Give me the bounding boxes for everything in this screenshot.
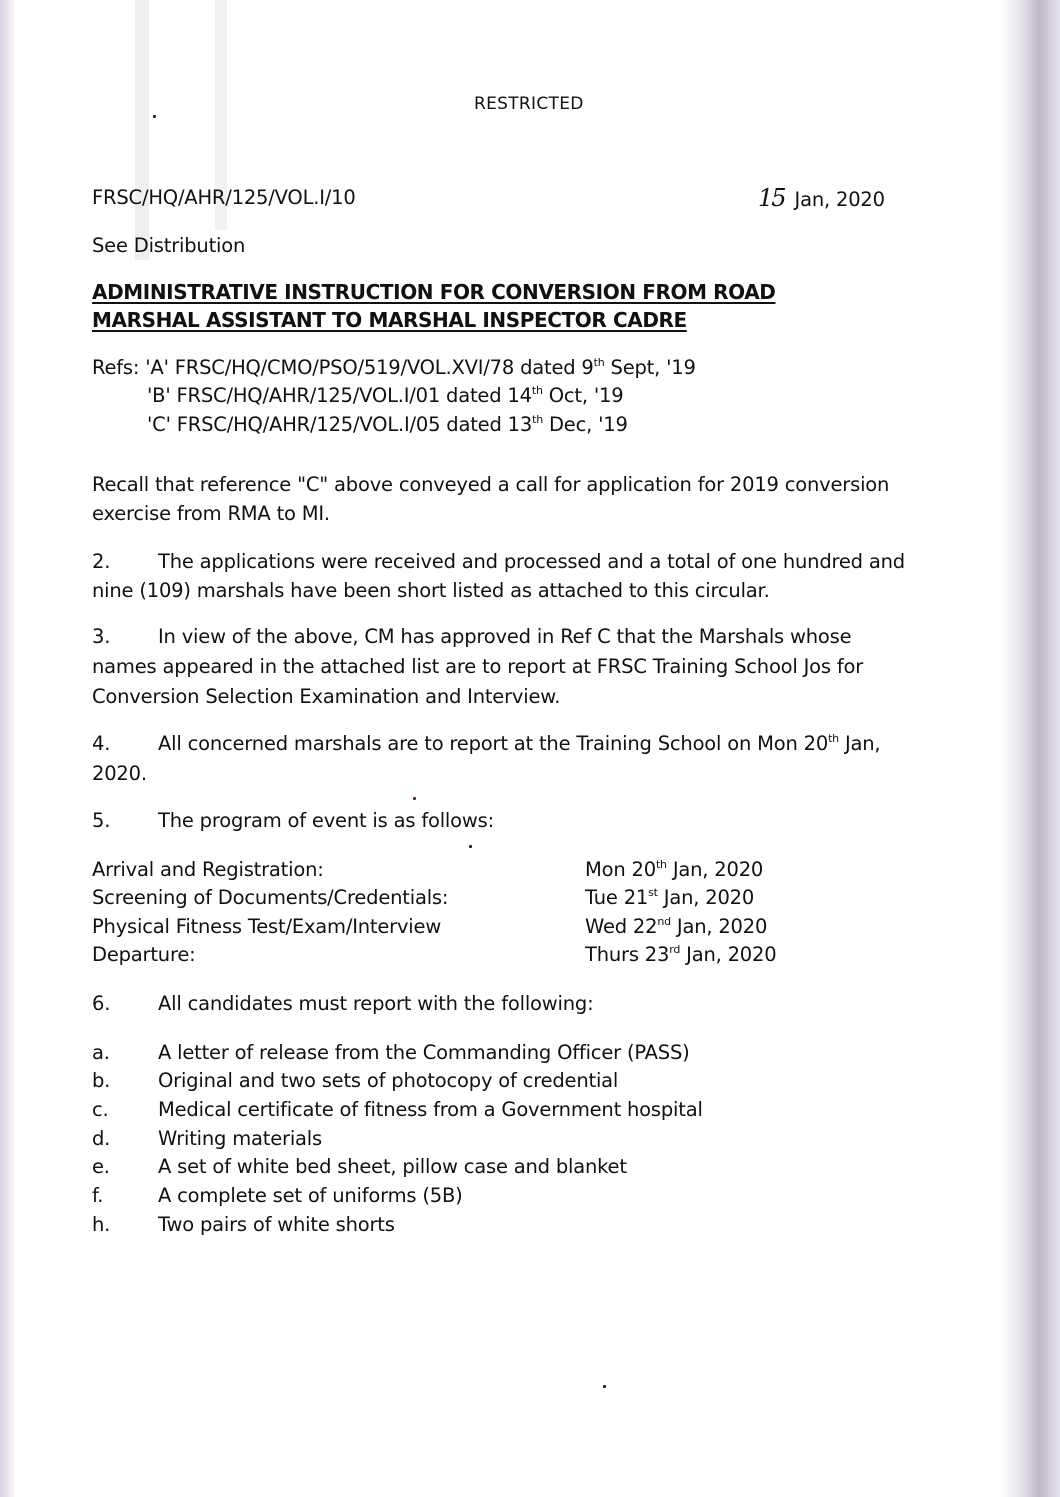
paragraph-text: In view of the above, CM has approved in…	[158, 625, 851, 648]
intro-paragraph-line-1: Recall that reference "C" above conveyed…	[92, 475, 889, 495]
program-month-year: Jan, 2020	[658, 886, 754, 909]
program-day: Mon 20	[585, 858, 656, 881]
item-letter: e.	[92, 1157, 158, 1177]
program-date: Thurs 23rd Jan, 2020	[585, 945, 776, 965]
paragraph-text: All candidates must report with the foll…	[158, 992, 593, 1015]
paragraph-text: The program of event is as follows:	[158, 809, 494, 832]
program-date: Wed 22nd Jan, 2020	[585, 917, 767, 937]
item-text: A complete set of uniforms (5B)	[158, 1184, 463, 1207]
requirement-item: h.Two pairs of white shorts	[92, 1215, 395, 1235]
reference-c: 'C' FRSC/HQ/AHR/125/VOL.I/05 dated 13th …	[147, 415, 628, 435]
ordinal-suffix: rd	[669, 943, 680, 956]
requirement-item: e.A set of white bed sheet, pillow case …	[92, 1157, 627, 1177]
ordinal-suffix: nd	[657, 915, 671, 928]
reference-date: Sept, '19	[605, 356, 696, 379]
item-text: A letter of release from the Commanding …	[158, 1041, 690, 1064]
ordinal-suffix: th	[594, 356, 605, 369]
reference-text: FRSC/HQ/AHR/125/VOL.I/05 dated 13	[177, 413, 532, 436]
item-letter: h.	[92, 1215, 158, 1235]
reference-a: Refs: 'A' FRSC/HQ/CMO/PSO/519/VOL.XVI/78…	[92, 358, 696, 378]
paragraph-3-line-1: 3.In view of the above, CM has approved …	[92, 627, 851, 647]
item-letter: f.	[92, 1186, 158, 1206]
reference-label: 'B'	[147, 384, 171, 407]
ordinal-suffix: th	[532, 413, 543, 426]
paragraph-text: The applications were received and proce…	[158, 550, 905, 573]
item-text: A set of white bed sheet, pillow case an…	[158, 1155, 627, 1178]
handwritten-day: 15	[758, 184, 785, 212]
paragraph-4-line-2: 2020.	[92, 764, 147, 784]
item-text: Writing materials	[158, 1127, 322, 1150]
reference-number: FRSC/HQ/AHR/125/VOL.I/10	[92, 188, 356, 208]
document-title-line-2: MARSHAL ASSISTANT TO MARSHAL INSPECTOR C…	[92, 310, 687, 330]
reference-label: 'C'	[147, 413, 171, 436]
program-day: Thurs 23	[585, 943, 669, 966]
reference-label: 'A'	[145, 356, 168, 379]
program-event: Departure:	[92, 945, 196, 965]
item-letter: c.	[92, 1100, 158, 1120]
ordinal-suffix: th	[656, 858, 667, 871]
item-letter: b.	[92, 1071, 158, 1091]
classification-label: RESTRICTED	[474, 96, 584, 113]
item-text: Medical certificate of fitness from a Go…	[158, 1098, 703, 1121]
ordinal-suffix: th	[828, 732, 839, 745]
program-month-year: Jan, 2020	[680, 943, 776, 966]
distribution-line: See Distribution	[92, 236, 245, 256]
paragraph-2-line-1: 2.The applications were received and pro…	[92, 552, 905, 572]
paragraph-3-line-3: Conversion Selection Examination and Int…	[92, 687, 560, 707]
requirement-item: a.A letter of release from the Commandin…	[92, 1043, 690, 1063]
item-letter: d.	[92, 1129, 158, 1149]
ordinal-suffix: st	[648, 886, 658, 899]
reference-b: 'B' FRSC/HQ/AHR/125/VOL.I/01 dated 14th …	[147, 386, 623, 406]
paragraph-6: 6.All candidates must report with the fo…	[92, 994, 593, 1014]
ordinal-suffix: th	[532, 384, 543, 397]
date-month-year: Jan, 2020	[795, 188, 885, 211]
reference-date: Dec, '19	[543, 413, 628, 436]
item-text: Original and two sets of photocopy of cr…	[158, 1069, 618, 1092]
paragraph-4-line-1: 4.All concerned marshals are to report a…	[92, 734, 880, 754]
intro-paragraph-line-2: exercise from RMA to MI.	[92, 504, 330, 524]
document-title-line-1: ADMINISTRATIVE INSTRUCTION FOR CONVERSIO…	[92, 282, 776, 302]
program-date: Tue 21st Jan, 2020	[585, 888, 754, 908]
paragraph-text: All concerned marshals are to report at …	[158, 732, 828, 755]
paragraph-number: 6.	[92, 994, 158, 1014]
paragraph-number: 3.	[92, 627, 158, 647]
paragraph-2-line-2: nine (109) marshals have been short list…	[92, 581, 770, 601]
requirement-item: d.Writing materials	[92, 1129, 322, 1149]
document-page: RESTRICTED FRSC/HQ/AHR/125/VOL.I/10 15Ja…	[0, 0, 1060, 1497]
program-event: Physical Fitness Test/Exam/Interview	[92, 917, 441, 937]
program-month-year: Jan, 2020	[667, 858, 763, 881]
program-day: Tue 21	[585, 886, 648, 909]
reference-text: FRSC/HQ/CMO/PSO/519/VOL.XVI/78 dated 9	[175, 356, 594, 379]
requirement-item: b.Original and two sets of photocopy of …	[92, 1071, 618, 1091]
scan-speck	[153, 115, 156, 118]
paragraph-number: 4.	[92, 734, 158, 754]
paragraph-number: 2.	[92, 552, 158, 572]
scan-speck	[413, 797, 416, 800]
reference-text: FRSC/HQ/AHR/125/VOL.I/01 dated 14	[177, 384, 532, 407]
requirement-item: f.A complete set of uniforms (5B)	[92, 1186, 463, 1206]
paragraph-text: Jan,	[839, 732, 880, 755]
program-event: Arrival and Registration:	[92, 860, 324, 880]
scan-speck	[603, 1385, 606, 1388]
program-day: Wed 22	[585, 915, 657, 938]
reference-date: Oct, '19	[543, 384, 624, 407]
scan-speck	[469, 845, 472, 848]
paragraph-3-line-2: names appeared in the attached list are …	[92, 657, 863, 677]
program-event: Screening of Documents/Credentials:	[92, 888, 448, 908]
refs-prefix: Refs:	[92, 356, 139, 379]
item-text: Two pairs of white shorts	[158, 1213, 395, 1236]
paragraph-number: 5.	[92, 811, 158, 831]
document-date: 15Jan, 2020	[758, 186, 885, 210]
program-date: Mon 20th Jan, 2020	[585, 860, 763, 880]
requirement-item: c.Medical certificate of fitness from a …	[92, 1100, 703, 1120]
program-month-year: Jan, 2020	[671, 915, 767, 938]
item-letter: a.	[92, 1043, 158, 1063]
paragraph-5: 5.The program of event is as follows:	[92, 811, 494, 831]
